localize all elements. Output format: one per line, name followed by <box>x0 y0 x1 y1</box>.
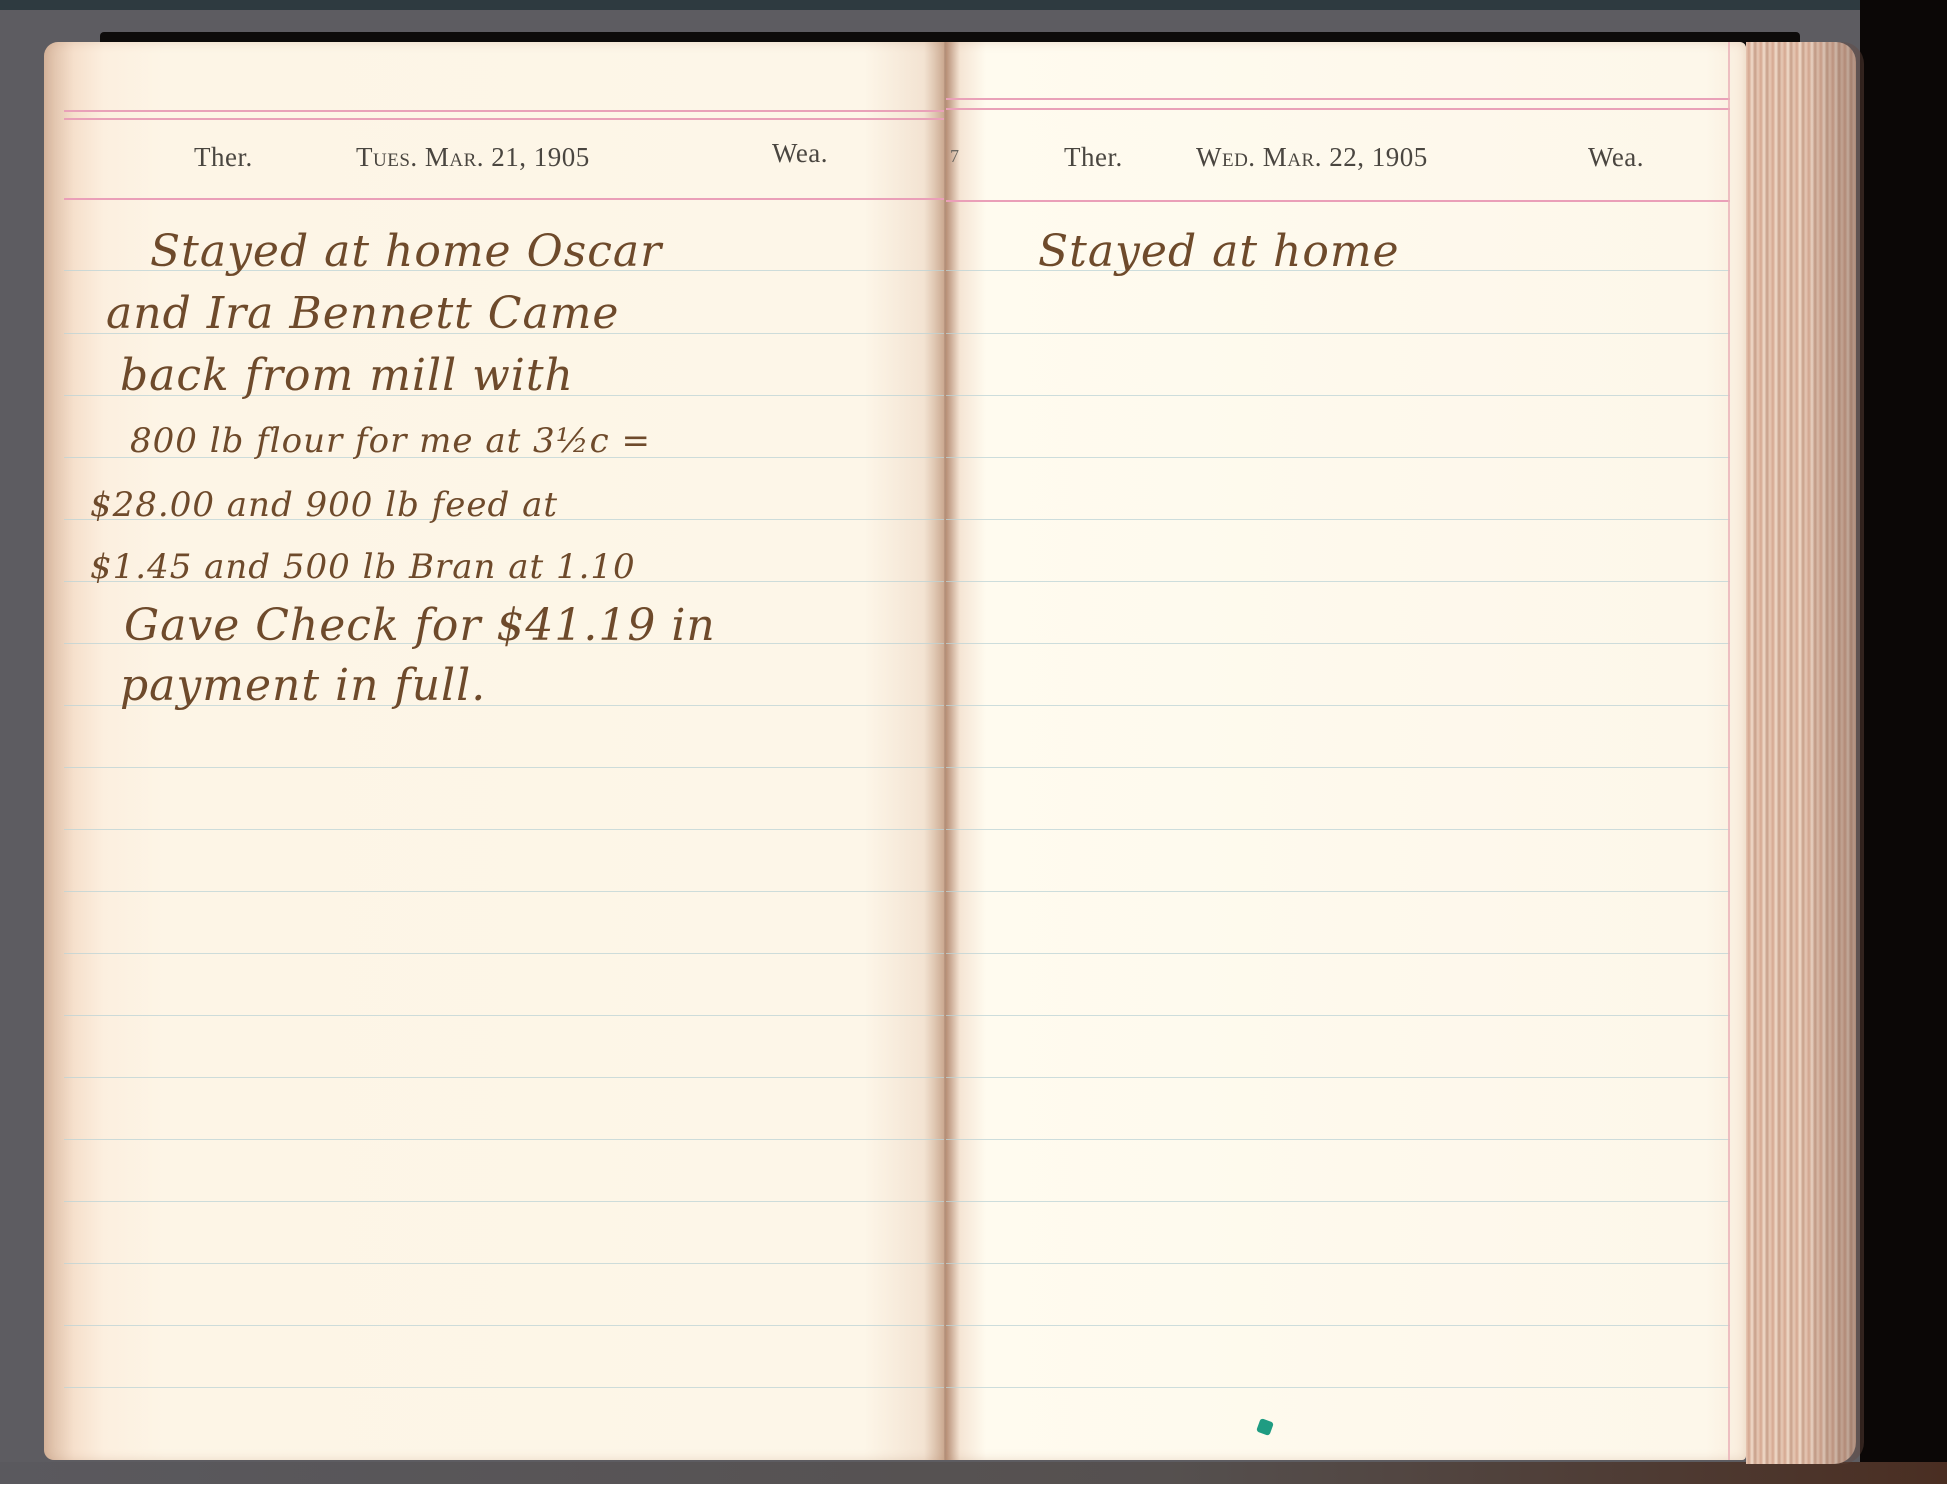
page-date: Wed. Mar. 22, 1905 <box>1196 142 1428 173</box>
page-date: Tues. Mar. 21, 1905 <box>356 142 590 173</box>
ruled-line <box>946 1387 1730 1388</box>
ruled-line <box>64 953 944 954</box>
ruled-line <box>64 1077 944 1078</box>
entry-line-2: and Ira Bennett Came <box>106 282 619 345</box>
ruled-line <box>946 767 1730 768</box>
ruled-line <box>64 767 944 768</box>
background-dark-surface <box>1860 0 1947 1500</box>
header-rule-top <box>946 98 1730 100</box>
ruled-line <box>946 581 1730 582</box>
ther-label: Ther. <box>1064 142 1123 173</box>
ruled-line <box>946 1015 1730 1016</box>
ruled-line <box>946 829 1730 830</box>
background-top-strip <box>0 0 1947 10</box>
entry-line-5: $28.00 and 900 lb feed at <box>90 474 558 537</box>
header-rule-top-2 <box>64 118 944 120</box>
ruled-line <box>946 891 1730 892</box>
entry-line-7: Gave Check for $41.19 in <box>124 594 716 657</box>
open-diary: Ther. Tues. Mar. 21, 1905 Wea. Stayed at… <box>44 42 1862 1472</box>
left-page: Ther. Tues. Mar. 21, 1905 Wea. Stayed at… <box>44 42 946 1460</box>
wea-label: Wea. <box>772 138 828 169</box>
entry-line-6: $1.45 and 500 lb Bran at 1.10 <box>90 536 636 599</box>
ruled-line <box>946 519 1730 520</box>
page-number: 7 <box>950 146 959 167</box>
ruled-line <box>946 333 1730 334</box>
ruled-line <box>64 829 944 830</box>
header-rule-top <box>64 110 944 112</box>
entry-line-8: payment in full. <box>120 654 486 717</box>
entry-line-3: back from mill with <box>120 344 574 407</box>
entry-line-1: Stayed at home <box>1038 220 1400 283</box>
entry-line-4: 800 lb flour for me at 3½c = <box>130 410 651 473</box>
ruled-line <box>946 1201 1730 1202</box>
ruled-line <box>64 1387 944 1388</box>
ruled-line <box>946 1325 1730 1326</box>
ruled-line <box>946 643 1730 644</box>
ruled-line <box>64 1015 944 1016</box>
scan-border-bottom <box>0 1484 1947 1500</box>
page-margin-line <box>1728 42 1730 1460</box>
header-rule-top-2 <box>946 108 1730 110</box>
header-rule-bottom <box>946 200 1730 202</box>
ruled-line <box>64 1325 944 1326</box>
ruled-line <box>64 1263 944 1264</box>
page-block-shade <box>1804 42 1864 1464</box>
ruled-line <box>64 1201 944 1202</box>
ruled-line <box>946 1263 1730 1264</box>
ther-label: Ther. <box>194 142 253 173</box>
wea-label: Wea. <box>1588 142 1644 173</box>
ruled-line <box>946 705 1730 706</box>
ruled-line <box>946 395 1730 396</box>
ruled-line <box>946 457 1730 458</box>
entry-line-1: Stayed at home Oscar <box>150 220 662 283</box>
ruled-line <box>946 1139 1730 1140</box>
right-page: 7 Ther. Wed. Mar. 22, 1905 Wea. Stayed a… <box>946 42 1746 1460</box>
header-rule-bottom <box>64 198 944 200</box>
ruled-line <box>64 891 944 892</box>
ruled-line <box>64 1139 944 1140</box>
ruled-line <box>946 953 1730 954</box>
ruled-line <box>946 1077 1730 1078</box>
